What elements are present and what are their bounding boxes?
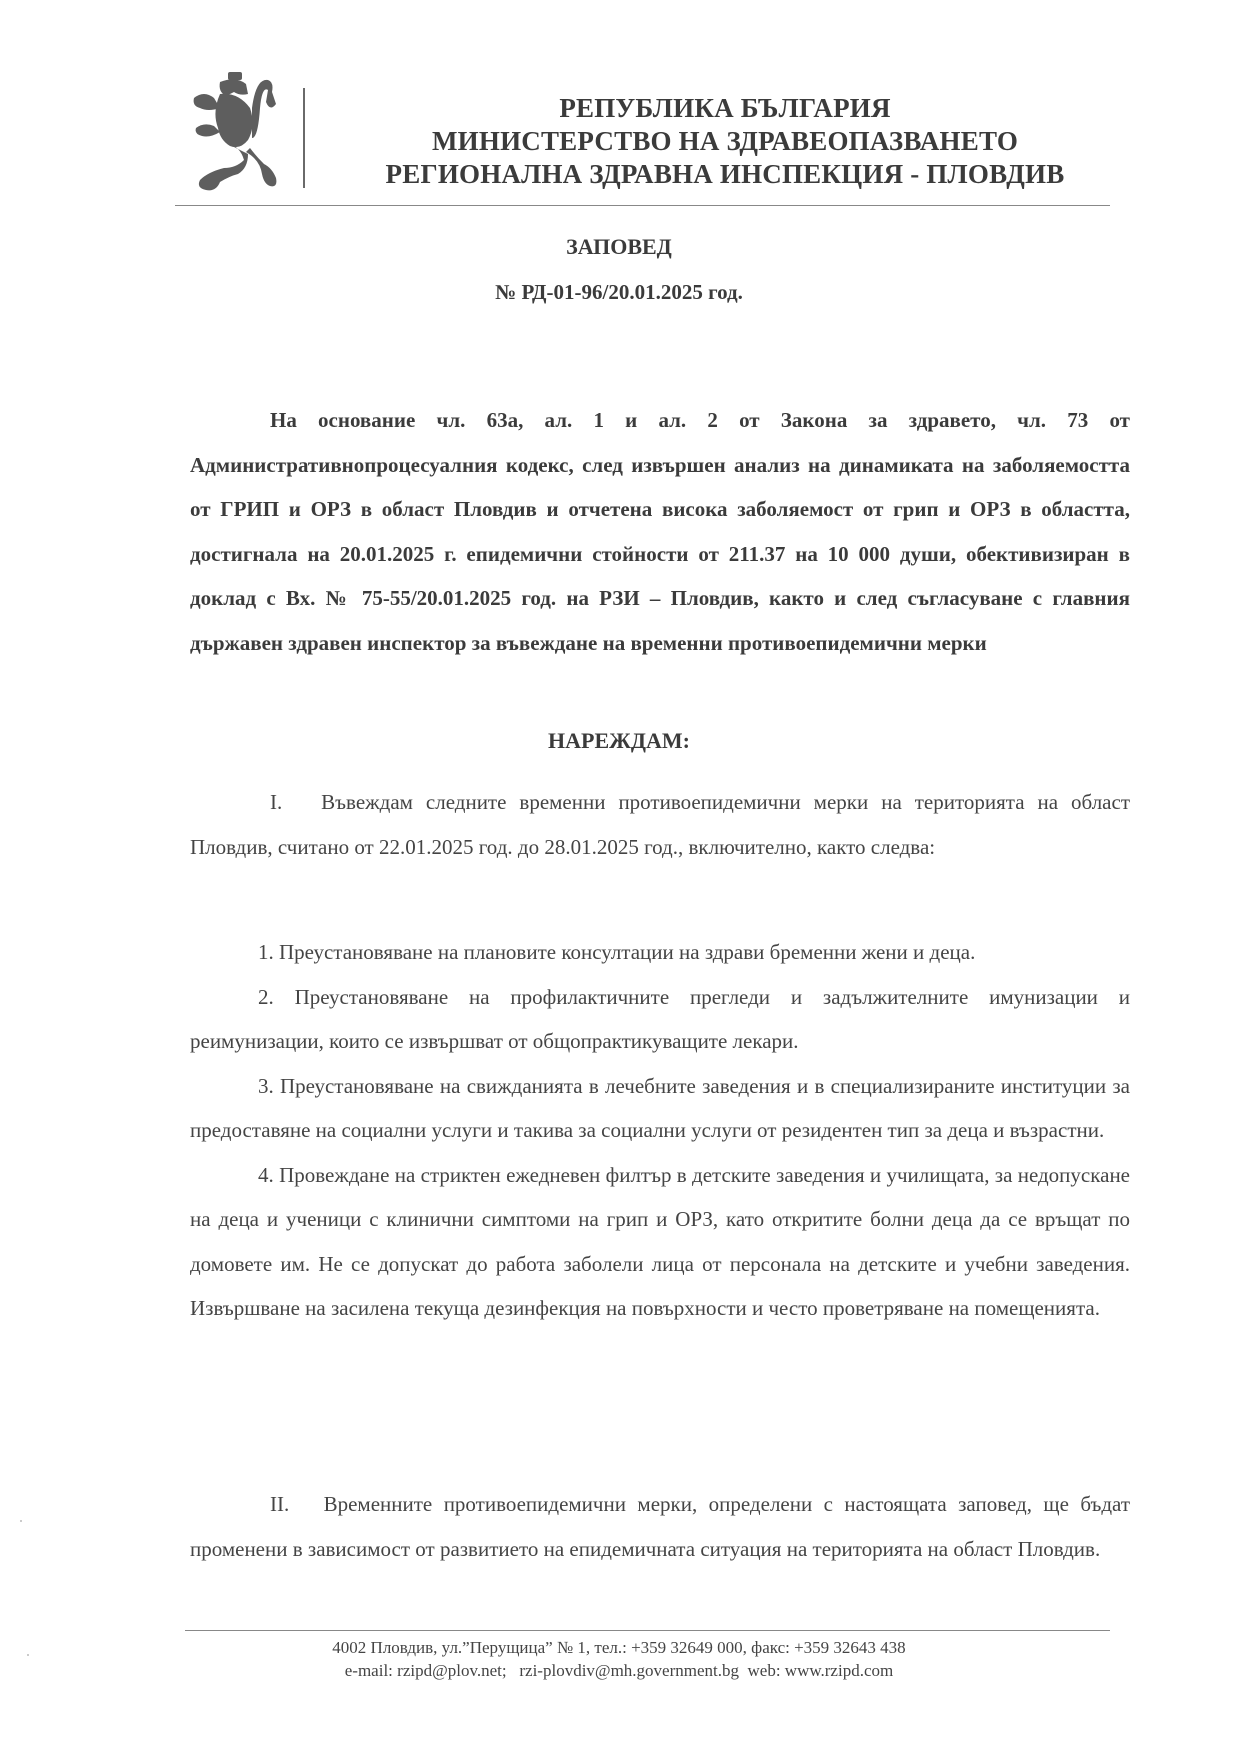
scan-artifact [20,1520,22,1522]
web-label: web: [748,1661,785,1680]
measure-text: Преустановяване на свижданията в лечебни… [190,1074,1130,1143]
section-1-numeral: I. [270,790,282,814]
preamble-paragraph: На основание чл. 63а, ал. 1 и ал. 2 от З… [190,398,1130,665]
email-label: e-mail: [345,1661,397,1680]
decree-heading: НАРЕЖДАМ: [0,728,1238,754]
measure-number: 2. [258,985,274,1009]
footer-rule [185,1630,1110,1631]
email-link-1[interactable]: rzipd@plov.net [397,1661,502,1680]
measure-text: Провеждане на стриктен ежедневен филтър … [190,1163,1130,1321]
header-country: РЕПУБЛИКА БЪЛГАРИЯ [330,92,1120,125]
measures-list: 1. Преустановяване на плановите консулта… [190,930,1130,1331]
header-inspection: РЕГИОНАЛНА ЗДРАВНА ИНСПЕКЦИЯ - ПЛОВДИВ [330,158,1120,191]
section-1-paragraph: I. Въвеждам следните временни противоепи… [190,780,1130,869]
document-page: РЕПУБЛИКА БЪЛГАРИЯ МИНИСТЕРСТВО НА ЗДРАВ… [0,0,1238,1750]
section-2-numeral: II. [270,1492,289,1516]
section-1-text: Въвеждам следните временни противоепидем… [190,790,1130,859]
measure-text: Преустановяване на профилактичните прегл… [190,985,1130,1054]
measure-text: Преустановяване на плановите консултации… [279,940,975,964]
institution-header: РЕПУБЛИКА БЪЛГАРИЯ МИНИСТЕРСТВО НА ЗДРАВ… [330,92,1120,191]
scan-artifact [27,1654,29,1656]
email-link-2[interactable]: rzi-plovdiv@mh.government.bg [519,1661,739,1680]
order-number: № РД-01-96/20.01.2025 год. [0,280,1238,305]
measure-number: 1. [258,940,274,964]
section-2-text: Временните противоепидемични мерки, опре… [190,1492,1130,1561]
footer-contacts: 4002 Пловдив, ул.”Перущица” № 1, тел.: +… [0,1636,1238,1682]
header-divider [303,88,305,188]
footer-online-contacts: e-mail: rzipd@plov.net; rzi-plovdiv@mh.g… [0,1659,1238,1682]
section-2-paragraph: II. Временните противоепидемични мерки, … [190,1482,1130,1571]
header-ministry: МИНИСТЕРСТВО НА ЗДРАВЕОПАЗВАНЕТО [330,125,1120,158]
web-link[interactable]: www.rzipd.com [785,1661,893,1680]
header-rule [175,205,1110,206]
footer-address: 4002 Пловдив, ул.”Перущица” № 1, тел.: +… [0,1636,1238,1659]
measure-number: 3. [258,1074,274,1098]
coat-of-arms-icon [190,68,290,196]
order-title: ЗАПОВЕД [0,234,1238,260]
measure-item: 4. Провеждане на стриктен ежедневен филт… [190,1153,1130,1331]
measure-item: 2. Преустановяване на профилактичните пр… [190,975,1130,1064]
measure-item: 3. Преустановяване на свижданията в лече… [190,1064,1130,1153]
measure-number: 4. [258,1163,274,1187]
measure-item: 1. Преустановяване на плановите консулта… [190,930,1130,975]
